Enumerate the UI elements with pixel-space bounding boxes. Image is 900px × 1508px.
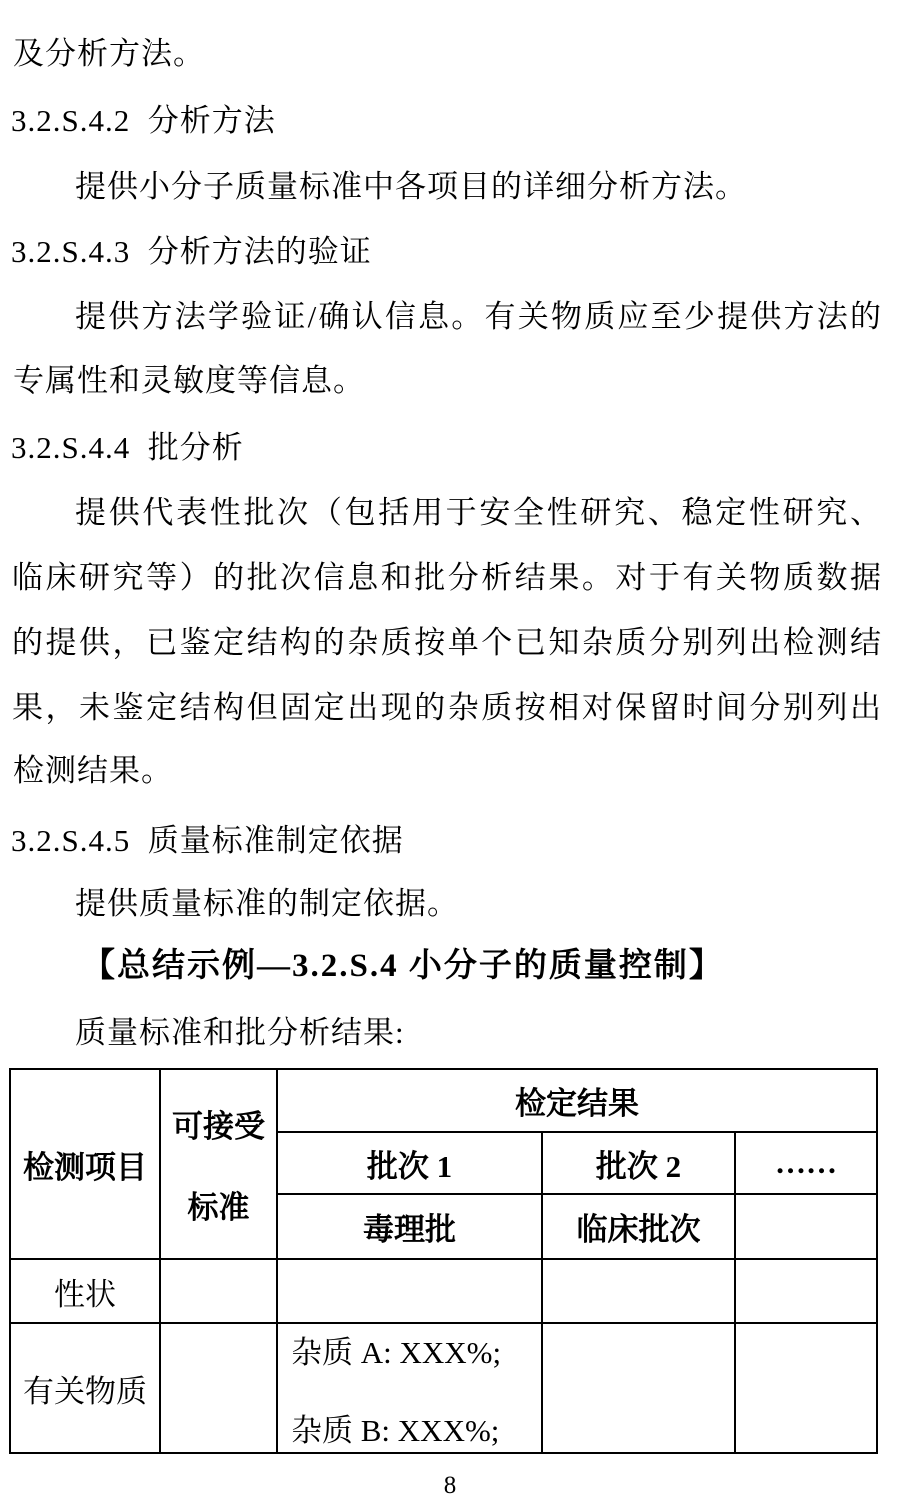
th-batch-2: 批次 2 [542,1132,735,1194]
table-row-related-substances: 有关物质 杂质 A: XXX%; 杂质 B: XXX%; [10,1323,877,1453]
body-line: 提供代表性批次（包括用于安全性研究、稳定性研究、 [75,493,881,533]
th-tox-batch: 毒理批 [277,1194,542,1259]
body-line: 果，未鉴定结构但固定出现的杂质按相对保留时间分别列出 [12,688,881,728]
cell-appearance-batch1 [277,1259,542,1323]
section-heading-3-2-s-4-4: 3.2.S.4.4 批分析 [11,428,244,468]
th-more-batch-type [735,1194,877,1259]
body-line: 临床研究等）的批次信息和批分析结果。对于有关物质数据 [12,558,881,598]
cell-related-substances-label: 有关物质 [10,1323,160,1453]
th-acceptance-line2: 标准 [188,1182,250,1227]
body-line: 及分析方法。 [13,34,205,74]
th-test-item: 检测项目 [10,1069,160,1259]
cell-related-substances-acceptance [160,1323,277,1453]
section-heading-3-2-s-4-3: 3.2.S.4.3 分析方法的验证 [11,232,372,272]
table-caption: 质量标准和批分析结果: [75,1013,405,1053]
th-acceptance-criteria: 可接受 标准 [160,1069,277,1259]
page-number: 8 [0,1472,900,1500]
th-clinical-batch: 临床批次 [542,1194,735,1259]
cell-appearance-label: 性状 [10,1259,160,1323]
body-line: 提供方法学验证/确认信息。有关物质应至少提供方法的 [75,297,881,337]
body-line: 提供质量标准的制定依据。 [75,884,459,924]
table-header-row-1: 检测项目 可接受 标准 检定结果 [10,1069,877,1132]
section-heading-3-2-s-4-5: 3.2.S.4.5 质量标准制定依据 [11,821,404,861]
table-row-appearance: 性状 [10,1259,877,1323]
impurity-b-value: 杂质 B: XXX%; [291,1405,499,1450]
th-acceptance-line1: 可接受 [172,1101,265,1146]
spec-batch-analysis-table: 检测项目 可接受 标准 检定结果 批次 1 批次 2 …… 毒理批 临床批次 [9,1068,878,1454]
th-more-batches: …… [735,1132,877,1194]
body-line: 的提供，已鉴定结构的杂质按单个已知杂质分别列出检测结 [12,623,881,663]
body-line: 检测结果。 [13,751,173,791]
cell-impurity-values: 杂质 A: XXX%; 杂质 B: XXX%; [277,1323,542,1453]
cell-related-substances-more [735,1323,877,1453]
impurity-a-value: 杂质 A: XXX%; [291,1327,501,1372]
th-test-results-group: 检定结果 [277,1069,877,1132]
body-line: 提供小分子质量标准中各项目的详细分析方法。 [75,167,747,207]
cell-appearance-more [735,1259,877,1323]
section-heading-3-2-s-4-2: 3.2.S.4.2 分析方法 [11,101,276,141]
body-line: 专属性和灵敏度等信息。 [13,361,365,401]
cell-related-substances-batch2 [542,1323,735,1453]
cell-appearance-acceptance [160,1259,277,1323]
th-batch-1: 批次 1 [277,1132,542,1194]
cell-appearance-batch2 [542,1259,735,1323]
document-page: 及分析方法。 3.2.S.4.2 分析方法 提供小分子质量标准中各项目的详细分析… [0,0,900,1508]
summary-example-title: 【总结示例—3.2.S.4 小分子的质量控制】 [82,946,724,986]
